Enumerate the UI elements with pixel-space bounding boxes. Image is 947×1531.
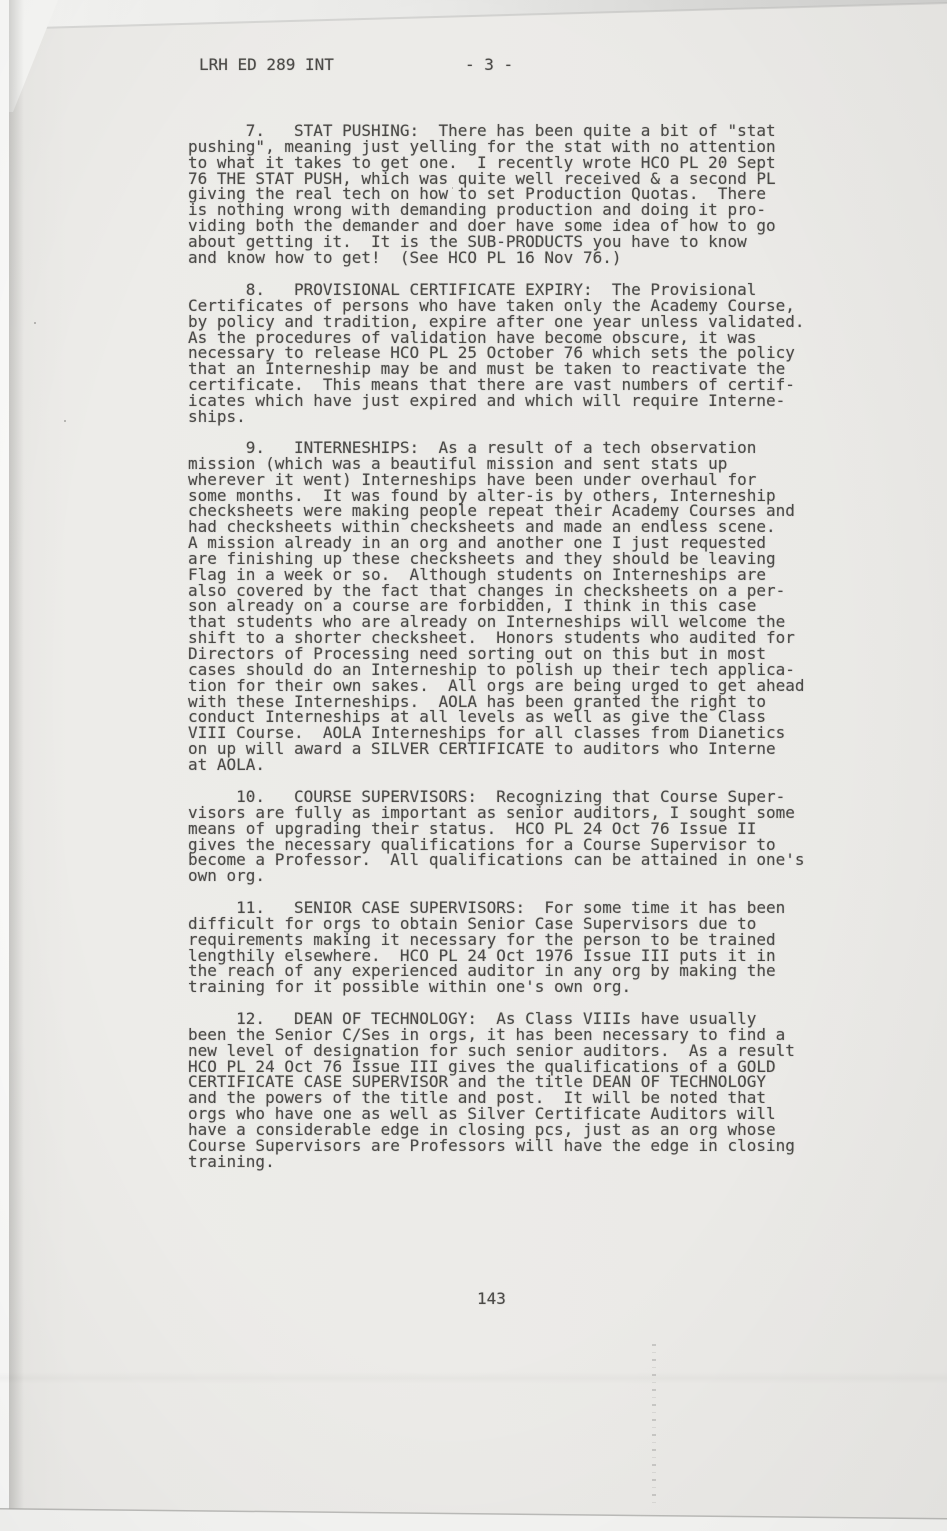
page-number: 143	[477, 1291, 506, 1307]
paragraph-9-interneships: 9. INTERNESHIPS: As a result of a tech o…	[188, 440, 805, 773]
paragraph-11-senior-case-supervisors: 11. SENIOR CASE SUPERVISORS: For some ti…	[188, 900, 785, 995]
paragraph-8-provisional-certificate-expiry: 8. PROVISIONAL CERTIFICATE EXPIRY: The P…	[188, 282, 805, 425]
dust-speck	[34, 322, 36, 324]
scan-left-margin	[0, 0, 9, 1531]
document-id: LRH ED 289 INT	[199, 57, 334, 73]
paragraph-10-course-supervisors: 10. COURSE SUPERVISORS: Recognizing that…	[188, 789, 805, 884]
paragraph-12-dean-of-technology: 12. DEAN OF TECHNOLOGY: As Class VIIIs h…	[188, 1011, 795, 1169]
paper-left-edge-shadow	[9, 0, 24, 1531]
scanned-page: LRH ED 289 INT - 3 - 7. STAT PUSHING: Th…	[0, 0, 947, 1531]
dust-speck	[64, 420, 66, 422]
page-marker: - 3 -	[465, 57, 513, 73]
paragraph-7-stat-pushing: 7. STAT PUSHING: There has been quite a …	[188, 123, 776, 266]
typewritten-text: LRH ED 289 INT - 3 - 7. STAT PUSHING: Th…	[188, 0, 868, 1531]
page-header: LRH ED 289 INT - 3 -	[188, 57, 828, 73]
